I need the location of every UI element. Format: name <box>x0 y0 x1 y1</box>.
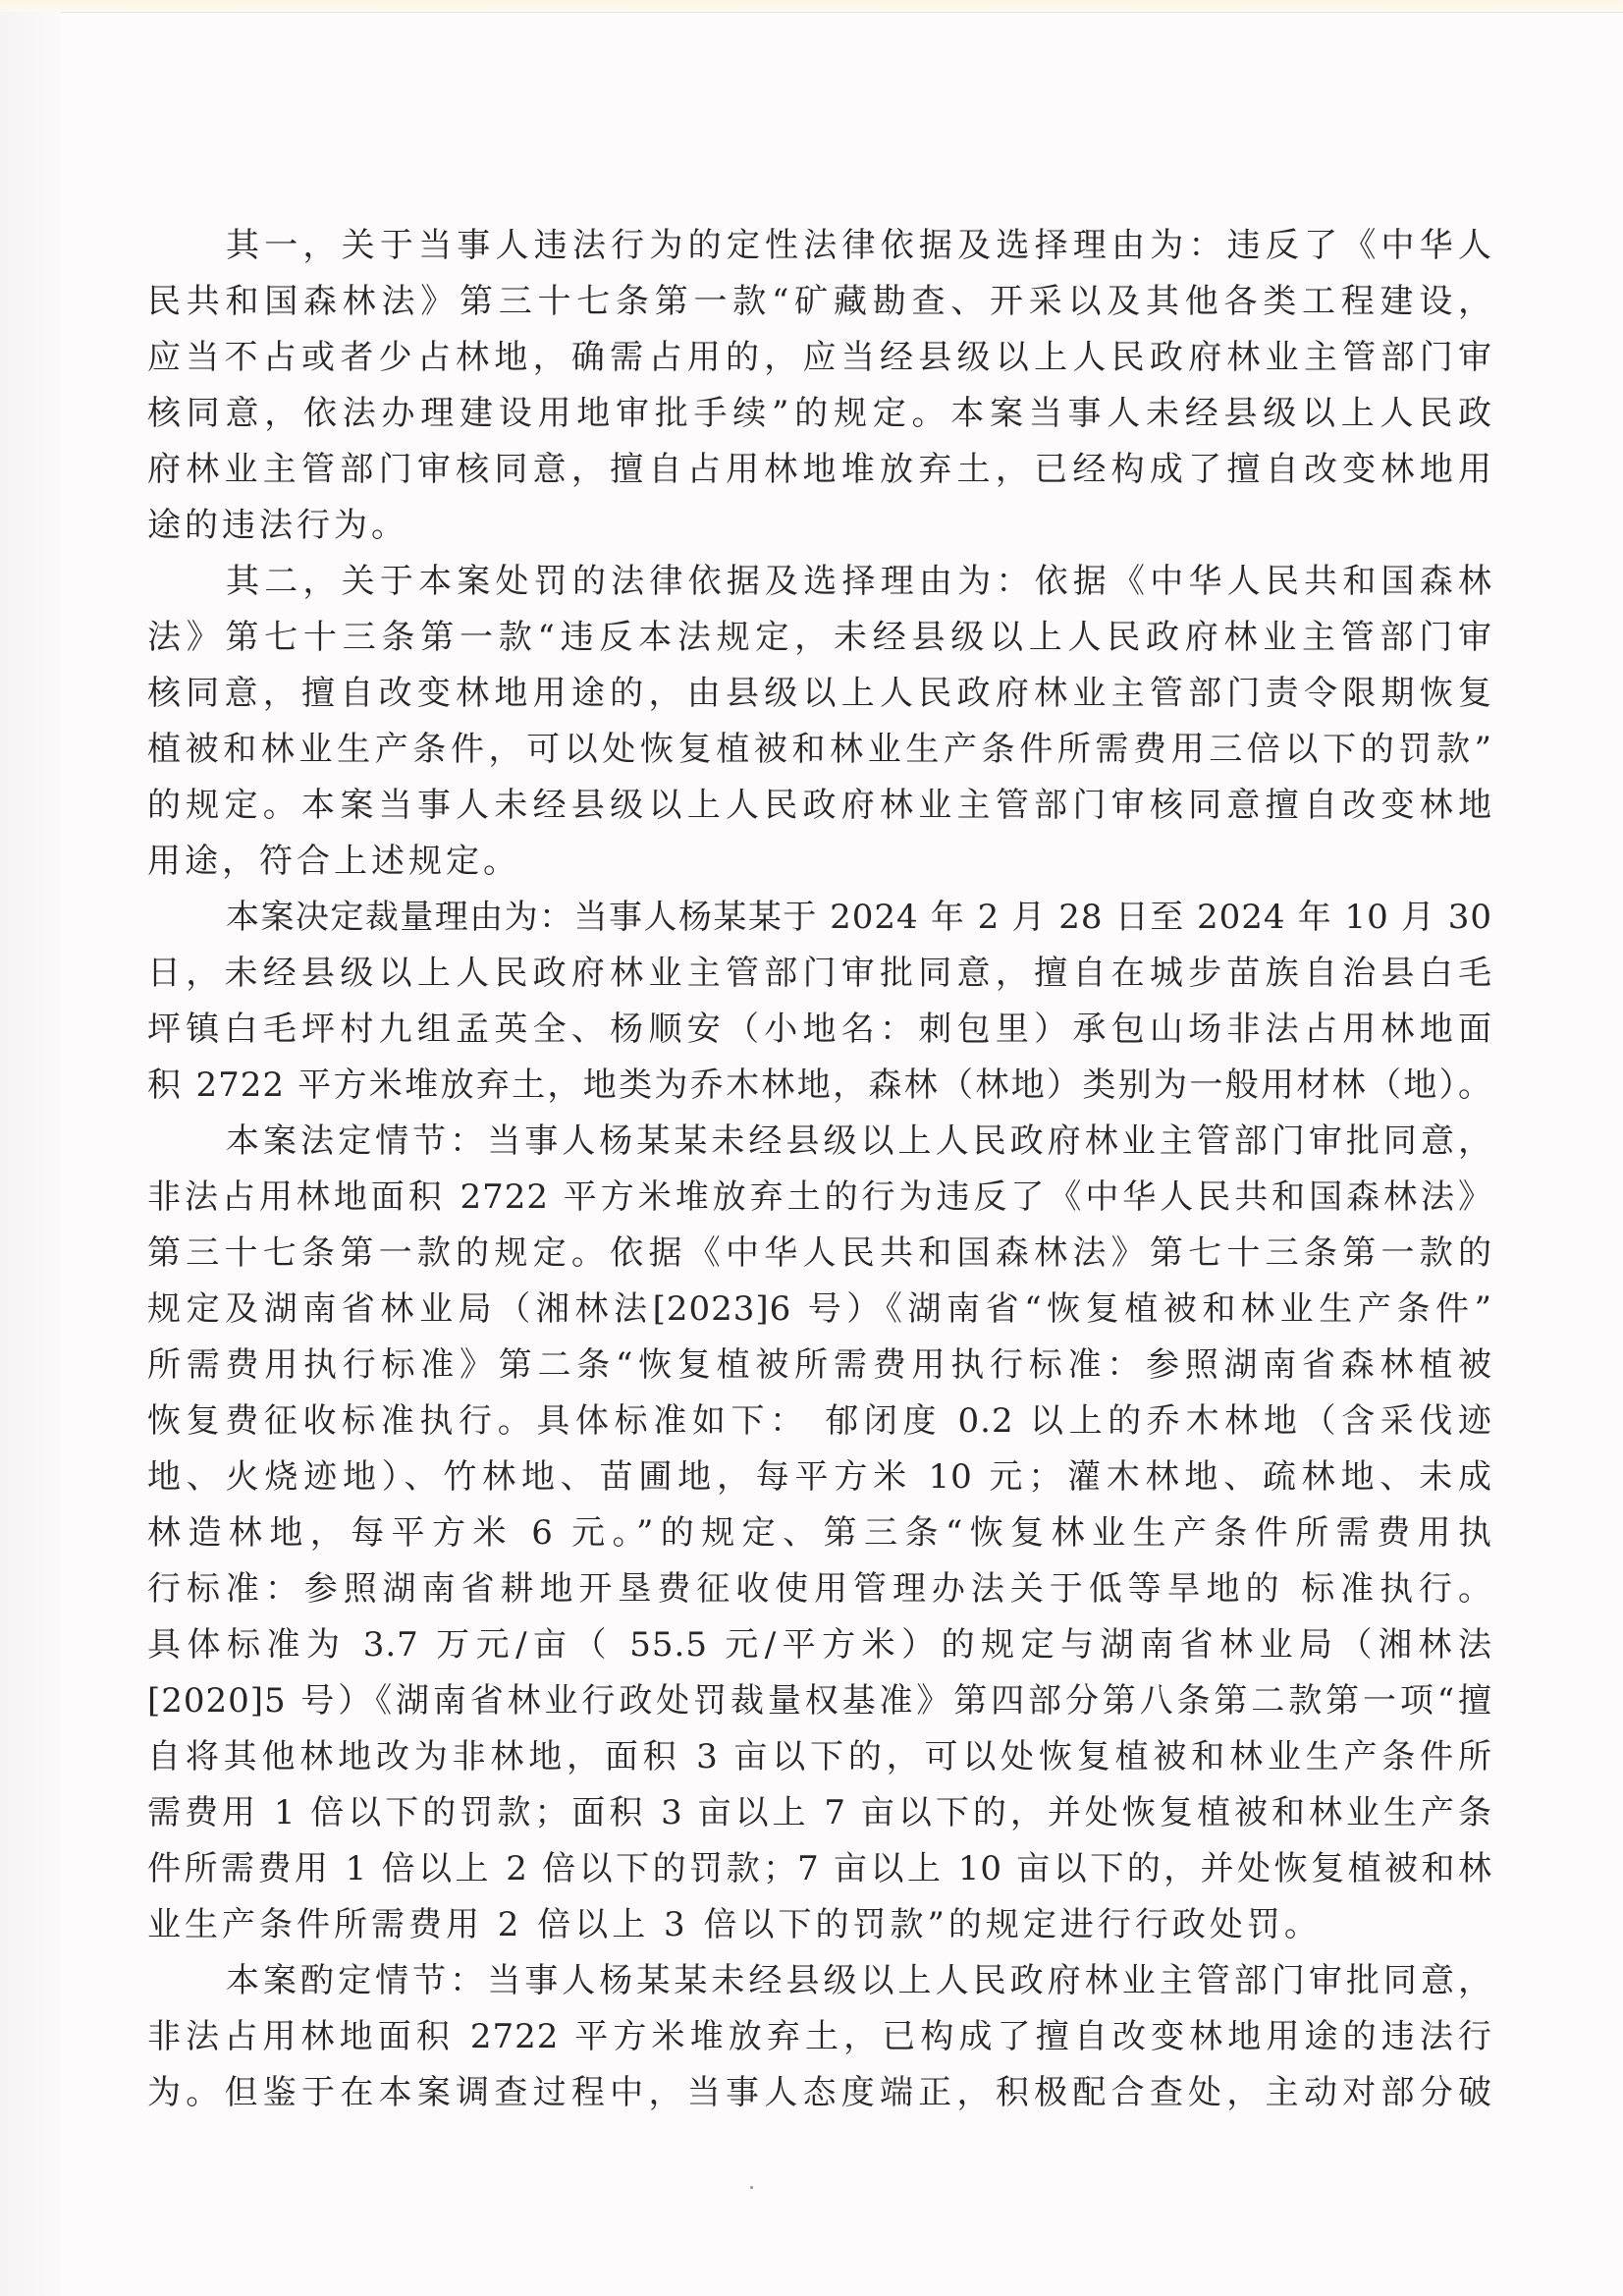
text-line: 非法占用林地面积 2722 平方米堆放弃土，已构成了擅自改变林地用途的违法行 <box>147 2009 1492 2065</box>
text-line: 业生产条件所需费用 2 倍以上 3 倍以下的罚款”的规定进行行政处罚。 <box>147 1897 1492 1953</box>
text-line: 具体标准为 3.7 万元/亩（ 55.5 元/平方米）的规定与湖南省林业局（湘林… <box>147 1617 1492 1673</box>
paragraph-basis-of-violation: 其一，关于当事人违法行为的定性法律依据及选择理由为：违反了《中华人 民共和国森林… <box>147 218 1492 554</box>
text-line: 本案决定裁量理由为：当事人杨某某于 2024 年 2 月 28 日至 2024 … <box>147 890 1492 946</box>
text-line: 地、火烧迹地）、竹林地、苗圃地，每平方米 10 元；灌木林地、疏林地、未成 <box>147 1449 1492 1505</box>
text-line: 非法占用林地面积 2722 平方米堆放弃土的行为违反了《中华人民共和国森林法》 <box>147 1170 1492 1226</box>
text-line: 民共和国森林法》第三十七条第一款“矿藏勘查、开采以及其他各类工程建设， <box>147 274 1492 330</box>
text-line: 为。但鉴于在本案调查过程中，当事人态度端正，积极配合查处，主动对部分破 <box>147 2065 1492 2121</box>
text-line: 坪镇白毛坪村九组孟英全、杨顺安（小地名：刺包里）承包山场非法占用林地面 <box>147 1002 1492 1058</box>
text-line: 恢复费征收标准执行。具体标准如下： 郁闭度 0.2 以上的乔木林地（含采伐迹 <box>147 1394 1492 1449</box>
text-line: 其二，关于本案处罚的法律依据及选择理由为：依据《中华人民共和国森林 <box>147 554 1492 610</box>
paragraph-discretion-reason: 本案决定裁量理由为：当事人杨某某于 2024 年 2 月 28 日至 2024 … <box>147 890 1492 1114</box>
document-body: 其一，关于当事人违法行为的定性法律依据及选择理由为：违反了《中华人 民共和国森林… <box>147 218 1492 2121</box>
text-line: 应当不占或者少占林地，确需占用的，应当经县级以上人民政府林业主管部门审 <box>147 330 1492 386</box>
text-line: 件所需费用 1 倍以上 2 倍以下的罚款；7 亩以上 10 亩以下的，并处恢复植… <box>147 1841 1492 1897</box>
text-line: 用途，符合上述规定。 <box>147 834 1492 890</box>
text-line: 积 2722 平方米堆放弃土，地类为乔木林地，森林（林地）类别为一般用材林（地）… <box>147 1058 1492 1114</box>
text-line: 其一，关于当事人违法行为的定性法律依据及选择理由为：违反了《中华人 <box>147 218 1492 274</box>
text-line: 本案酌定情节：当事人杨某某未经县级以上人民政府林业主管部门审批同意， <box>147 1953 1492 2009</box>
scan-top-edge <box>0 0 1623 13</box>
text-line: 法》第七十三条第一款“违反本法规定，未经县级以上人民政府林业主管部门审 <box>147 610 1492 666</box>
scan-speck <box>750 2186 753 2189</box>
paragraph-statutory-circumstances: 本案法定情节：当事人杨某某未经县级以上人民政府林业主管部门审批同意， 非法占用林… <box>147 1114 1492 1953</box>
text-line: 所需费用执行标准》第二条“恢复植被所需费用执行标准：参照湖南省森林植被 <box>147 1338 1492 1394</box>
text-line: 本案法定情节：当事人杨某某未经县级以上人民政府林业主管部门审批同意， <box>147 1114 1492 1170</box>
text-line: 林造林地，每平方米 6 元。”的规定、第三条“恢复林业生产条件所需费用执 <box>147 1505 1492 1561</box>
text-line: 核同意，依法办理建设用地审批手续”的规定。本案当事人未经县级以上人民政 <box>147 386 1492 442</box>
text-line: 日，未经县级以上人民政府林业主管部门审批同意，擅自在城步苗族自治县白毛 <box>147 946 1492 1002</box>
paragraph-basis-of-penalty: 其二，关于本案处罚的法律依据及选择理由为：依据《中华人民共和国森林 法》第七十三… <box>147 554 1492 890</box>
text-line: 途的违法行为。 <box>147 498 1492 554</box>
text-line: 自将其他林地改为非林地，面积 3 亩以下的，可以处恢复植被和林业生产条件所 <box>147 1729 1492 1785</box>
text-line: 规定及湖南省林业局（湘林法[2023]6 号）《湖南省“恢复植被和林业生产条件” <box>147 1282 1492 1338</box>
text-line: 府林业主管部门审核同意，擅自占用林地堆放弃土，已经构成了擅自改变林地用 <box>147 442 1492 498</box>
scan-left-shade <box>0 12 61 2296</box>
paragraph-discretionary-circumstances: 本案酌定情节：当事人杨某某未经县级以上人民政府林业主管部门审批同意， 非法占用林… <box>147 1953 1492 2121</box>
text-line: [2020]5 号）《湖南省林业行政处罚裁量权基准》第四部分第八条第二款第一项“… <box>147 1673 1492 1729</box>
text-line: 的规定。本案当事人未经县级以上人民政府林业主管部门审核同意擅自改变林地 <box>147 778 1492 834</box>
text-line: 核同意，擅自改变林地用途的，由县级以上人民政府林业主管部门责令限期恢复 <box>147 666 1492 722</box>
text-line: 第三十七条第一款的规定。依据《中华人民共和国森林法》第七十三条第一款的 <box>147 1226 1492 1282</box>
text-line: 行标准：参照湖南省耕地开垦费征收使用管理办法关于低等旱地的 标准执行。 <box>147 1561 1492 1617</box>
text-line: 需费用 1 倍以下的罚款；面积 3 亩以上 7 亩以下的，并处恢复植被和林业生产… <box>147 1785 1492 1841</box>
text-line: 植被和林业生产条件，可以处恢复植被和林业生产条件所需费用三倍以下的罚款” <box>147 722 1492 778</box>
